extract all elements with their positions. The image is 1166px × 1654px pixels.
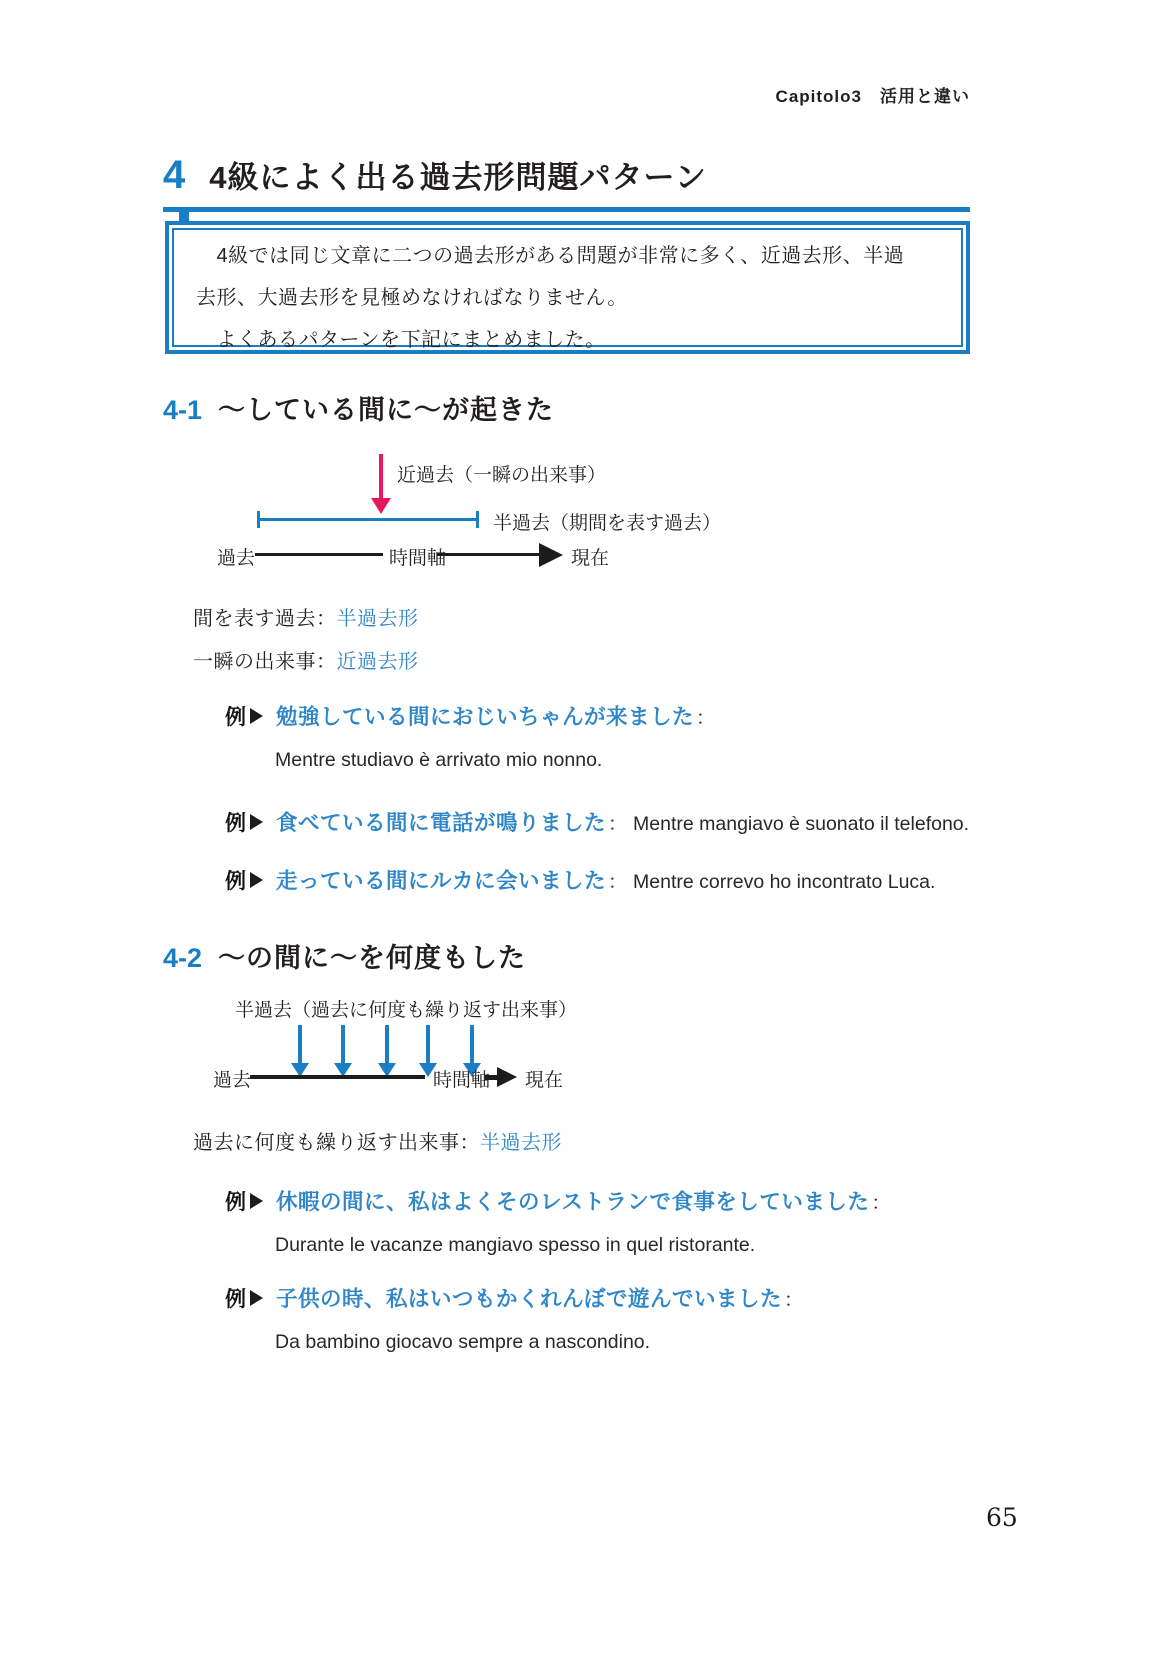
example-3: 例 走っている間にルカに会いました ： Mentre correvo ho in… <box>225 864 935 895</box>
down-arrow-icon <box>379 454 383 498</box>
example-1: 例 勉強している間におじいちゃんが来ました ： Mentre studiavo … <box>225 700 715 772</box>
title-number: 4 <box>163 153 185 198</box>
triangle-icon <box>250 872 263 888</box>
example-japanese: 子供の時、私はいつもかくれんぼで遊んでいました <box>276 1282 782 1313</box>
down-arrow-icon <box>426 1025 430 1063</box>
example-marker: 例 <box>225 865 246 895</box>
example-italian: Da bambino giocavo sempre a nascondino. <box>275 1331 803 1354</box>
section-4-1-title: 〜している間に〜が起きた <box>218 388 554 427</box>
past-label: 過去 <box>213 1065 251 1092</box>
example-colon: ： <box>871 1188 890 1215</box>
title-underline-tab <box>179 207 189 222</box>
down-arrow-icon <box>385 1025 389 1063</box>
section-4-1-number: 4-1 <box>163 395 202 426</box>
span-label: 半過去（期間を表す過去） <box>493 508 721 535</box>
triangle-icon <box>250 1290 263 1306</box>
repeat-label: 半過去（過去に何度も繰り返す出来事） <box>235 995 577 1022</box>
triangle-icon <box>250 1193 263 1209</box>
note-term: 半過去形 <box>480 1132 562 1154</box>
axis-label: 時間軸 <box>433 1065 490 1092</box>
example-japanese: 走っている間にルカに会いました <box>276 864 606 895</box>
page-number: 65 <box>986 1503 1018 1532</box>
present-label: 現在 <box>571 543 609 570</box>
span-left-tick <box>257 511 260 528</box>
intro-box: 4級では同じ文章に二つの過去形がある問題が非常に多く、近過去形、半過 去形、大過… <box>165 221 970 354</box>
present-label: 現在 <box>525 1065 563 1092</box>
past-label: 過去 <box>217 543 255 570</box>
timeline-segment <box>250 1075 425 1079</box>
textbook-page: Capitolo3 活用と違い 4 4級によく出る過去形問題パターン 4級では同… <box>0 0 1166 1654</box>
triangle-icon <box>250 708 263 724</box>
example-italian: Mentre correvo ho incontrato Luca. <box>633 871 935 894</box>
example-japanese: 休暇の間に、私はよくそのレストランで食事をしていました <box>276 1185 869 1216</box>
title-underline <box>163 207 970 212</box>
chapter-header: Capitolo3 活用と違い <box>776 82 970 107</box>
page-title: 4 4級によく出る過去形問題パターン <box>163 152 707 198</box>
example-marker: 例 <box>225 1283 246 1313</box>
note-label: 間を表す過去： <box>193 608 337 630</box>
span-right-tick <box>476 511 479 528</box>
example-colon: ： <box>784 1285 803 1312</box>
note-duration: 間を表す過去：半過去形 <box>193 602 419 631</box>
note-term: 半過去形 <box>337 608 419 630</box>
example-japanese: 勉強している間におじいちゃんが来ました <box>276 700 694 731</box>
example-japanese: 食べている間に電話が鳴りました <box>276 806 606 837</box>
timeline-segment <box>437 553 539 556</box>
example-colon: ： <box>696 703 715 730</box>
note-repeated: 過去に何度も繰り返す出来事：半過去形 <box>193 1126 562 1155</box>
note-label: 一瞬の出来事： <box>193 651 337 673</box>
intro-line: よくあるパターンを下記にまとめました。 <box>196 319 941 361</box>
example-marker: 例 <box>225 807 246 837</box>
axis-label: 時間軸 <box>389 543 446 570</box>
right-arrowhead-icon <box>539 543 563 567</box>
example-italian: Durante le vacanze mangiavo spesso in qu… <box>275 1234 890 1257</box>
intro-box-inner: 4級では同じ文章に二つの過去形がある問題が非常に多く、近過去形、半過 去形、大過… <box>172 228 963 347</box>
intro-line: 去形、大過去形を見極めなければなりません。 <box>196 277 941 319</box>
title-text: 4級によく出る過去形問題パターン <box>209 152 707 197</box>
down-arrow-icon <box>470 1025 474 1063</box>
example-marker: 例 <box>225 1186 246 1216</box>
down-arrow-icon <box>341 1025 345 1063</box>
timeline-diagram-repeated: 半過去（過去に何度も繰り返す出来事） 過去 時間軸 現在 <box>185 995 845 1100</box>
section-4-2-number: 4-2 <box>163 943 202 974</box>
down-arrowhead-icon <box>371 498 391 514</box>
example-4: 例 休暇の間に、私はよくそのレストランで食事をしていました ： Durante … <box>225 1185 890 1257</box>
triangle-icon <box>250 814 263 830</box>
section-4-2-title: 〜の間に〜を何度もした <box>218 936 526 975</box>
timeline-diagram-event: 近過去（一瞬の出来事） 半過去（期間を表す過去） 過去 時間軸 現在 <box>185 440 845 570</box>
event-label: 近過去（一瞬の出来事） <box>397 460 606 487</box>
example-italian: Mentre mangiavo è suonato il telefono. <box>633 813 969 836</box>
note-term: 近過去形 <box>337 651 419 673</box>
down-arrow-icon <box>298 1025 302 1063</box>
example-5: 例 子供の時、私はいつもかくれんぼで遊んでいました ： Da bambino g… <box>225 1282 803 1354</box>
example-marker: 例 <box>225 701 246 731</box>
section-4-1-heading: 4-1 〜している間に〜が起きた <box>163 388 554 427</box>
note-instant: 一瞬の出来事：近過去形 <box>193 645 419 674</box>
example-italian: Mentre studiavo è arrivato mio nonno. <box>275 749 715 772</box>
duration-span-line <box>257 518 479 521</box>
example-colon: ： <box>608 867 627 894</box>
example-colon: ： <box>608 809 627 836</box>
section-4-2-heading: 4-2 〜の間に〜を何度もした <box>163 936 526 975</box>
right-arrowhead-icon <box>497 1067 517 1087</box>
example-2: 例 食べている間に電話が鳴りました ： Mentre mangiavo è su… <box>225 806 969 837</box>
intro-line: 4級では同じ文章に二つの過去形がある問題が非常に多く、近過去形、半過 <box>196 235 941 277</box>
timeline-segment <box>255 553 383 556</box>
note-label: 過去に何度も繰り返す出来事： <box>193 1132 480 1154</box>
